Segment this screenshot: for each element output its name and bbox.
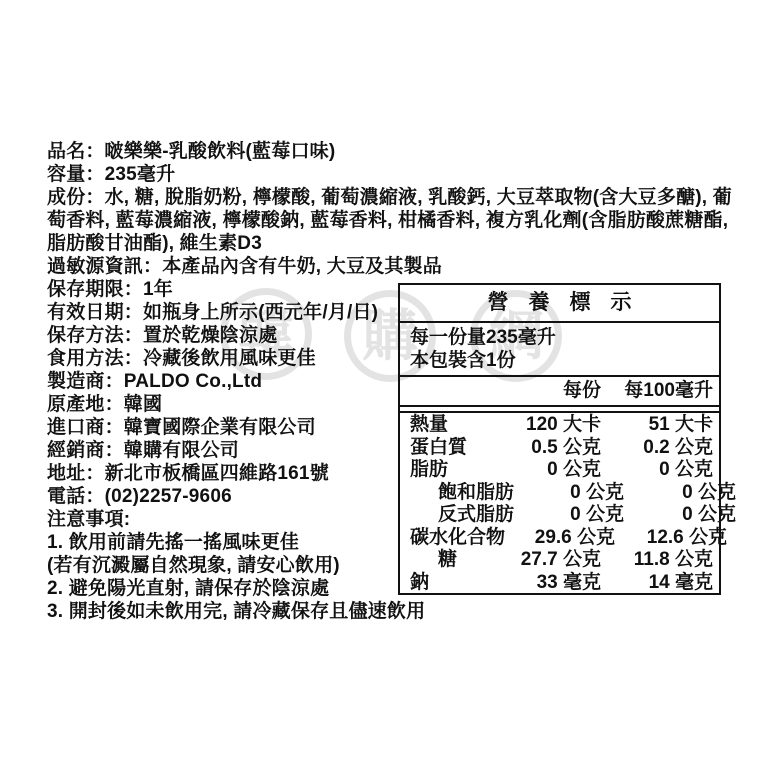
nutrition-row: 鈉 33 毫克 14 毫克 — [400, 572, 719, 595]
nutrition-rows-section: 熱量 120 大卡 51 大卡 蛋白質 0.5 公克 0.2 公克 脂肪 0 公… — [400, 411, 719, 594]
nutrition-value-per-100ml: 14 毫克 — [601, 572, 713, 595]
column-header-per-100ml: 每100毫升 — [601, 378, 713, 405]
nutrition-label: 脂肪 — [410, 459, 491, 482]
nutrition-row: 碳水化合物 29.6 公克 12.6 公克 — [400, 527, 719, 550]
nutrition-value-per-serving: 33 毫克 — [491, 572, 601, 595]
nutrition-value-per-serving: 0.5 公克 — [491, 437, 601, 460]
product-info-line-ingredients: 脂肪酸甘油酯), 維生素D3 — [47, 232, 747, 255]
product-spec-sheet: 韓 購 網 品名：啵樂樂-乳酸飲料(藍莓口味) 容量：235毫升 成份：水, 糖… — [0, 0, 770, 770]
product-info-line-volume: 容量：235毫升 — [47, 163, 747, 186]
serving-info-section: 每一份量235毫升 本包裝含1份 — [400, 323, 719, 377]
nutrition-value-per-serving: 29.6 公克 — [505, 527, 615, 550]
nutrition-row: 反式脂肪 0 公克 0 公克 — [400, 504, 719, 527]
nutrition-row: 熱量 120 大卡 51 大卡 — [400, 414, 719, 437]
nutrition-value-per-serving: 120 大卡 — [491, 414, 601, 437]
servings-per-package-line: 本包裝含1份 — [410, 349, 711, 372]
product-info-line-allergens: 過敏源資訊：本產品內含有牛奶, 大豆及其製品 — [47, 255, 747, 278]
nutrition-table-title: 營養標示 — [400, 285, 719, 323]
product-info-line-ingredients: 萄香料, 藍莓濃縮液, 檸檬酸鈉, 藍莓香料, 柑橘香料, 複方乳化劑(含脂肪酸… — [47, 209, 747, 232]
column-header-per-serving: 每份 — [491, 378, 601, 405]
nutrition-row: 糖 27.7 公克 11.8 公克 — [400, 549, 719, 572]
nutrition-row: 蛋白質 0.5 公克 0.2 公克 — [400, 437, 719, 460]
column-header-spacer — [410, 378, 491, 405]
nutrition-value-per-serving: 0 公克 — [514, 504, 624, 527]
nutrition-label: 糖 — [410, 549, 491, 572]
product-info-line-note-3: 3. 開封後如未飲用完, 請冷藏保存且儘速飲用 — [47, 600, 747, 623]
nutrition-row: 脂肪 0 公克 0 公克 — [400, 459, 719, 482]
nutrition-value-per-100ml: 0 公克 — [624, 482, 736, 505]
nutrition-value-per-100ml: 12.6 公克 — [615, 527, 727, 550]
product-info-line-name: 品名：啵樂樂-乳酸飲料(藍莓口味) — [47, 140, 747, 163]
serving-size-line: 每一份量235毫升 — [410, 326, 711, 349]
nutrition-label: 飽和脂肪 — [410, 482, 514, 505]
nutrition-value-per-serving: 0 公克 — [514, 482, 624, 505]
nutrition-value-per-100ml: 11.8 公克 — [601, 549, 713, 572]
nutrition-label: 碳水化合物 — [410, 527, 505, 550]
column-header-row: 每份 每100毫升 — [400, 377, 719, 407]
nutrition-label: 反式脂肪 — [410, 504, 514, 527]
nutrition-value-per-100ml: 0.2 公克 — [601, 437, 713, 460]
product-info-line-ingredients: 成份：水, 糖, 脫脂奶粉, 檸檬酸, 葡萄濃縮液, 乳酸鈣, 大豆萃取物(含大… — [47, 186, 747, 209]
nutrition-value-per-100ml: 51 大卡 — [601, 414, 713, 437]
nutrition-label: 蛋白質 — [410, 437, 491, 460]
nutrition-label: 鈉 — [410, 572, 491, 595]
nutrition-label: 熱量 — [410, 414, 491, 437]
nutrition-value-per-serving: 0 公克 — [491, 459, 601, 482]
nutrition-value-per-100ml: 0 公克 — [601, 459, 713, 482]
nutrition-table: 營養標示 每一份量235毫升 本包裝含1份 每份 每100毫升 熱量 120 大… — [398, 283, 721, 595]
nutrition-row: 飽和脂肪 0 公克 0 公克 — [400, 482, 719, 505]
nutrition-value-per-100ml: 0 公克 — [624, 504, 736, 527]
nutrition-value-per-serving: 27.7 公克 — [491, 549, 601, 572]
